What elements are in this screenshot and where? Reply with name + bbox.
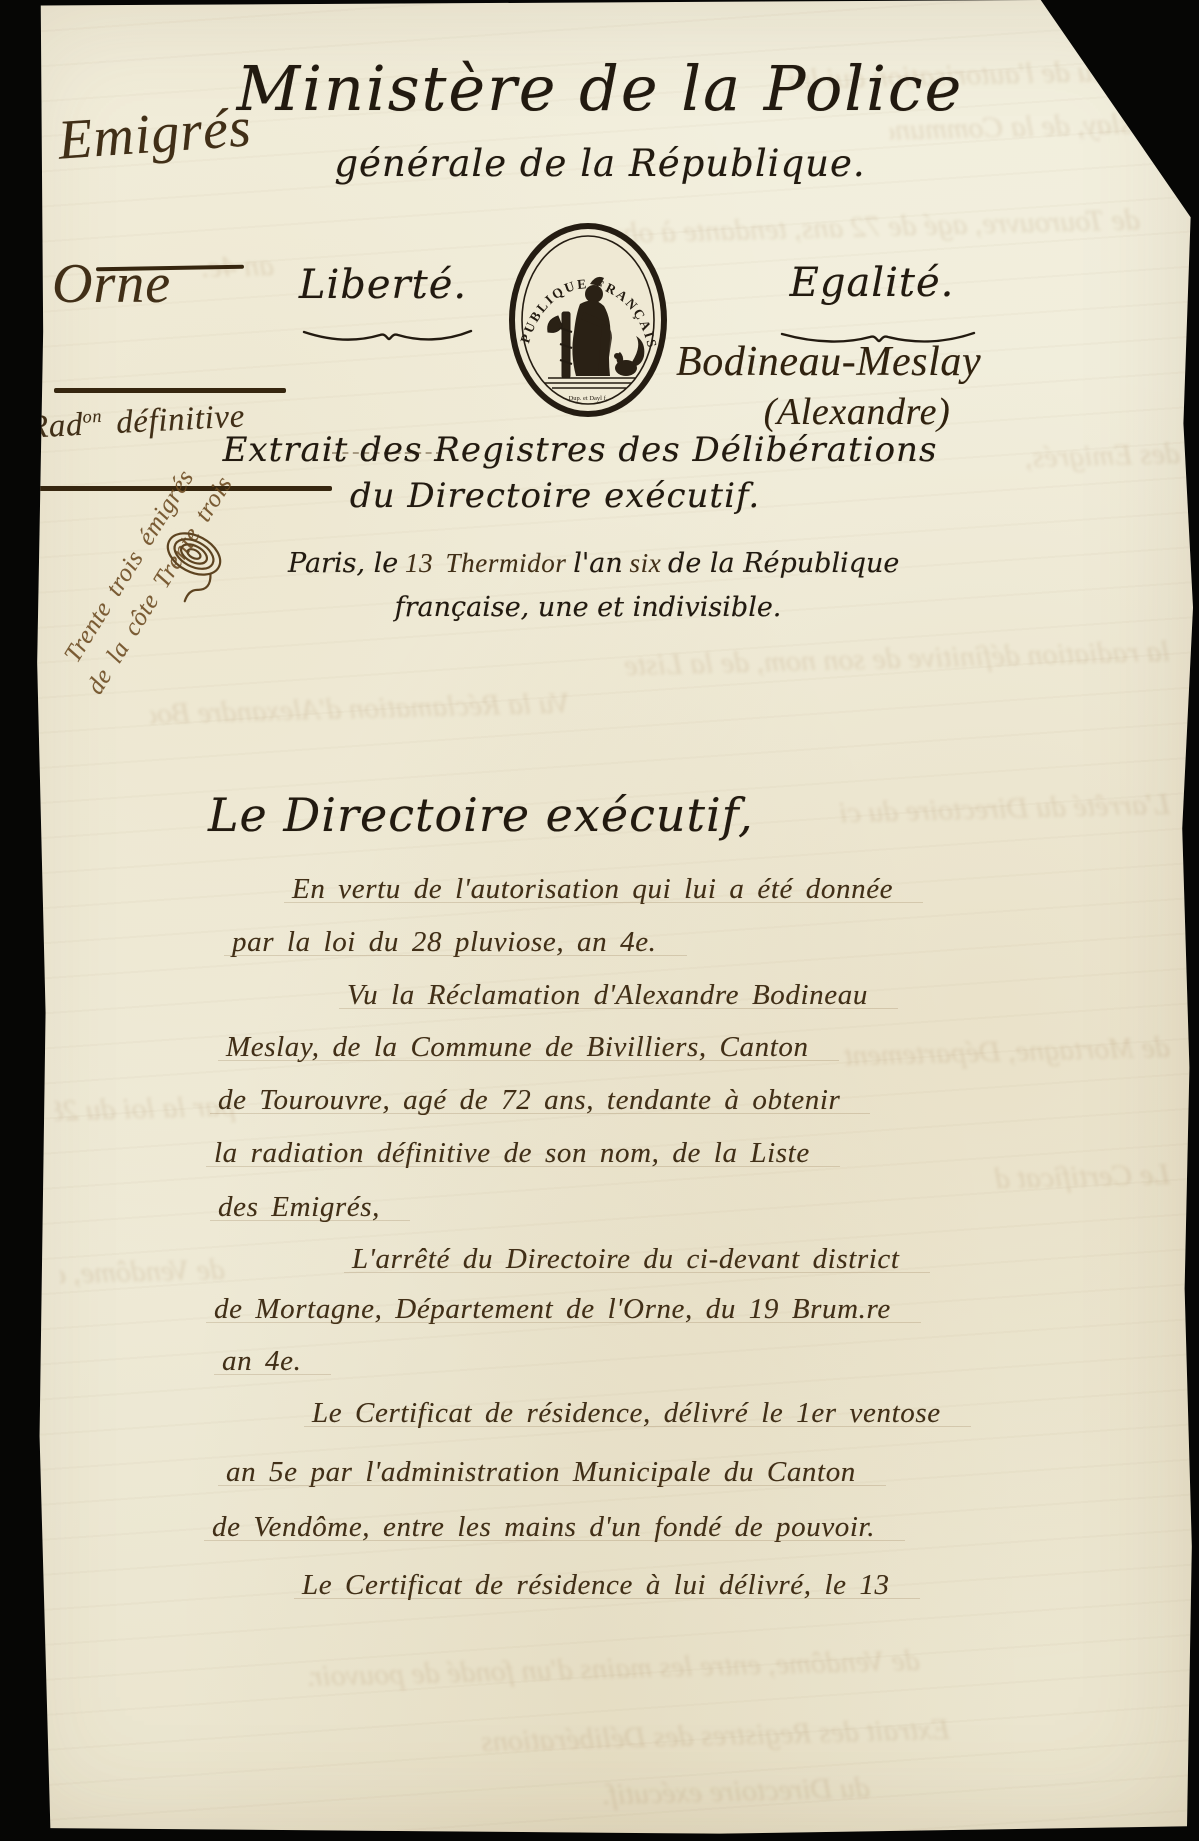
body-line: Vu la Réclamation d'Alexandre Bodineau — [347, 978, 868, 1012]
body-line: des Emigrés, — [218, 1190, 380, 1224]
bleedthrough-ghost: Le Certificat de résidence, délivré le 1… — [995, 1158, 1171, 1197]
body-line: de Tourouvre, agé de 72 ans, tendante à … — [218, 1083, 840, 1117]
body-line: de Mortagne, Département de l'Orne, du 1… — [214, 1292, 891, 1326]
letterhead-subtitle: générale de la République. — [240, 142, 960, 185]
body-line: L'arrêté du Directoire du ci-devant dist… — [352, 1242, 900, 1276]
date-day-handwritten: 13 Thermidor — [405, 548, 566, 578]
margin-department-orne: Orne — [52, 252, 171, 316]
paper-sheet: En vertu de l'autorisation qui lui a été… — [0, 0, 1199, 1841]
date-year-handwritten: six — [630, 548, 662, 578]
bleedthrough-ghost: L'arrêté du Directoire du ci-devant dist… — [840, 788, 1171, 831]
body-line: an 5e par l'administration Municipale du… — [226, 1455, 856, 1489]
date-place: Paris, le — [288, 548, 398, 579]
margin-underline — [54, 388, 286, 393]
bleedthrough-ghost: la radiation définitive de son nom, de l… — [620, 635, 1171, 683]
spiral-doodle-icon — [152, 512, 232, 622]
bleedthrough-ghost: par la loi du 28 pluviose, an 4e. — [55, 1090, 236, 1129]
seal-engraver-mark: Dup. et Dayl f. — [569, 395, 608, 402]
letterhead-title: Ministère de la Police — [170, 52, 1030, 125]
body-line: Le Certificat de résidence à lui délivré… — [302, 1568, 890, 1602]
bleedthrough-ghost: de Tourouvre, agé de 72 ans, tendante à … — [620, 203, 1141, 251]
bleedthrough-ghost: Extrait des Registres des Délibérations — [250, 1713, 951, 1765]
bleedthrough-ghost: de Vendôme, entre les mains d'un fondé d… — [300, 1644, 921, 1694]
bleedthrough-ghost: de Mortagne, Département de l'Orne, du 1… — [840, 1031, 1171, 1074]
republic-seal-icon: RÉPUBLIQUE FRANÇAISE. — [506, 220, 670, 420]
body-line: de Vendôme, entre les mains d'un fondé d… — [212, 1510, 875, 1544]
motto-liberty: Liberté. — [298, 262, 468, 308]
liberty-flourish-icon — [300, 326, 475, 346]
date-line2: française, une et indivisible. — [388, 592, 788, 623]
motto-equality: Egalité. — [772, 260, 972, 306]
body-line: Meslay, de la Commune de Bivilliers, Can… — [226, 1030, 809, 1064]
body-line: En vertu de l'autorisation qui lui a été… — [292, 872, 893, 906]
date-republic: de la République — [668, 548, 899, 579]
extract-heading-line2: du Directoire exécutif. — [330, 476, 780, 516]
body-line: la radiation définitive de son nom, de l… — [214, 1136, 810, 1170]
date-year-prefix: l'an — [573, 548, 623, 579]
bleedthrough-ghost: de Vendôme, entre les mains d'un fondé d… — [60, 1253, 226, 1291]
opening-line: Le Directoire exécutif, — [208, 788, 754, 842]
margin-category-emigres: Emigrés — [56, 95, 254, 172]
bleedthrough-ghost: du Directoire exécutif. — [350, 1771, 871, 1819]
date-line: Paris, le 13 Thermidor l'an six de la Ré… — [288, 548, 948, 579]
extract-heading-line1: Extrait des Registres des Délibérations — [200, 430, 960, 470]
addressee-surname: Bodineau-Meslay — [676, 338, 981, 386]
body-line: Le Certificat de résidence, délivré le 1… — [312, 1396, 941, 1430]
body-line: an 4e. — [222, 1344, 301, 1378]
decision-superscript: on — [82, 406, 102, 427]
addressee-forename: (Alexandre) — [702, 390, 1012, 434]
body-line: par la loi du 28 pluviose, an 4e. — [232, 925, 657, 959]
bleedthrough-ghost: des Emigrés, — [950, 437, 1181, 477]
